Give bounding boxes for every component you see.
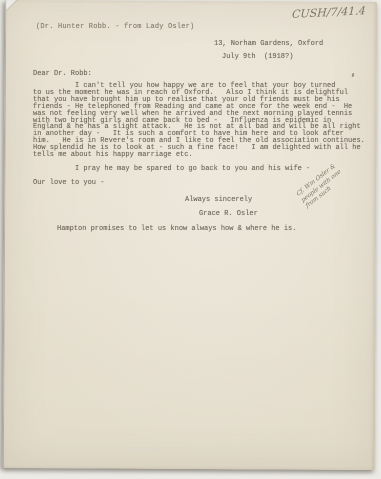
paper-corner-fold bbox=[6, 0, 22, 16]
postscript: Hampton promises to let us know always h… bbox=[57, 225, 296, 233]
sender-address: 13, Norham Gardens, Oxford bbox=[214, 40, 323, 48]
signature: Grace R. Osler bbox=[199, 210, 258, 218]
letter-date: July 9th (1918?) bbox=[222, 53, 293, 61]
top-annotation: (Dr. Hunter Robb. - from Lady Osler) bbox=[36, 23, 194, 31]
closing-valediction: Always sincerely bbox=[185, 196, 252, 204]
salutation: Dear Dr. Robb: bbox=[33, 70, 92, 78]
scanned-letter-page: CUSH/7/41.4 (Dr. Hunter Robb. - from Lad… bbox=[0, 0, 381, 479]
text-line: tells me about his happy marriage etc. bbox=[33, 152, 373, 159]
